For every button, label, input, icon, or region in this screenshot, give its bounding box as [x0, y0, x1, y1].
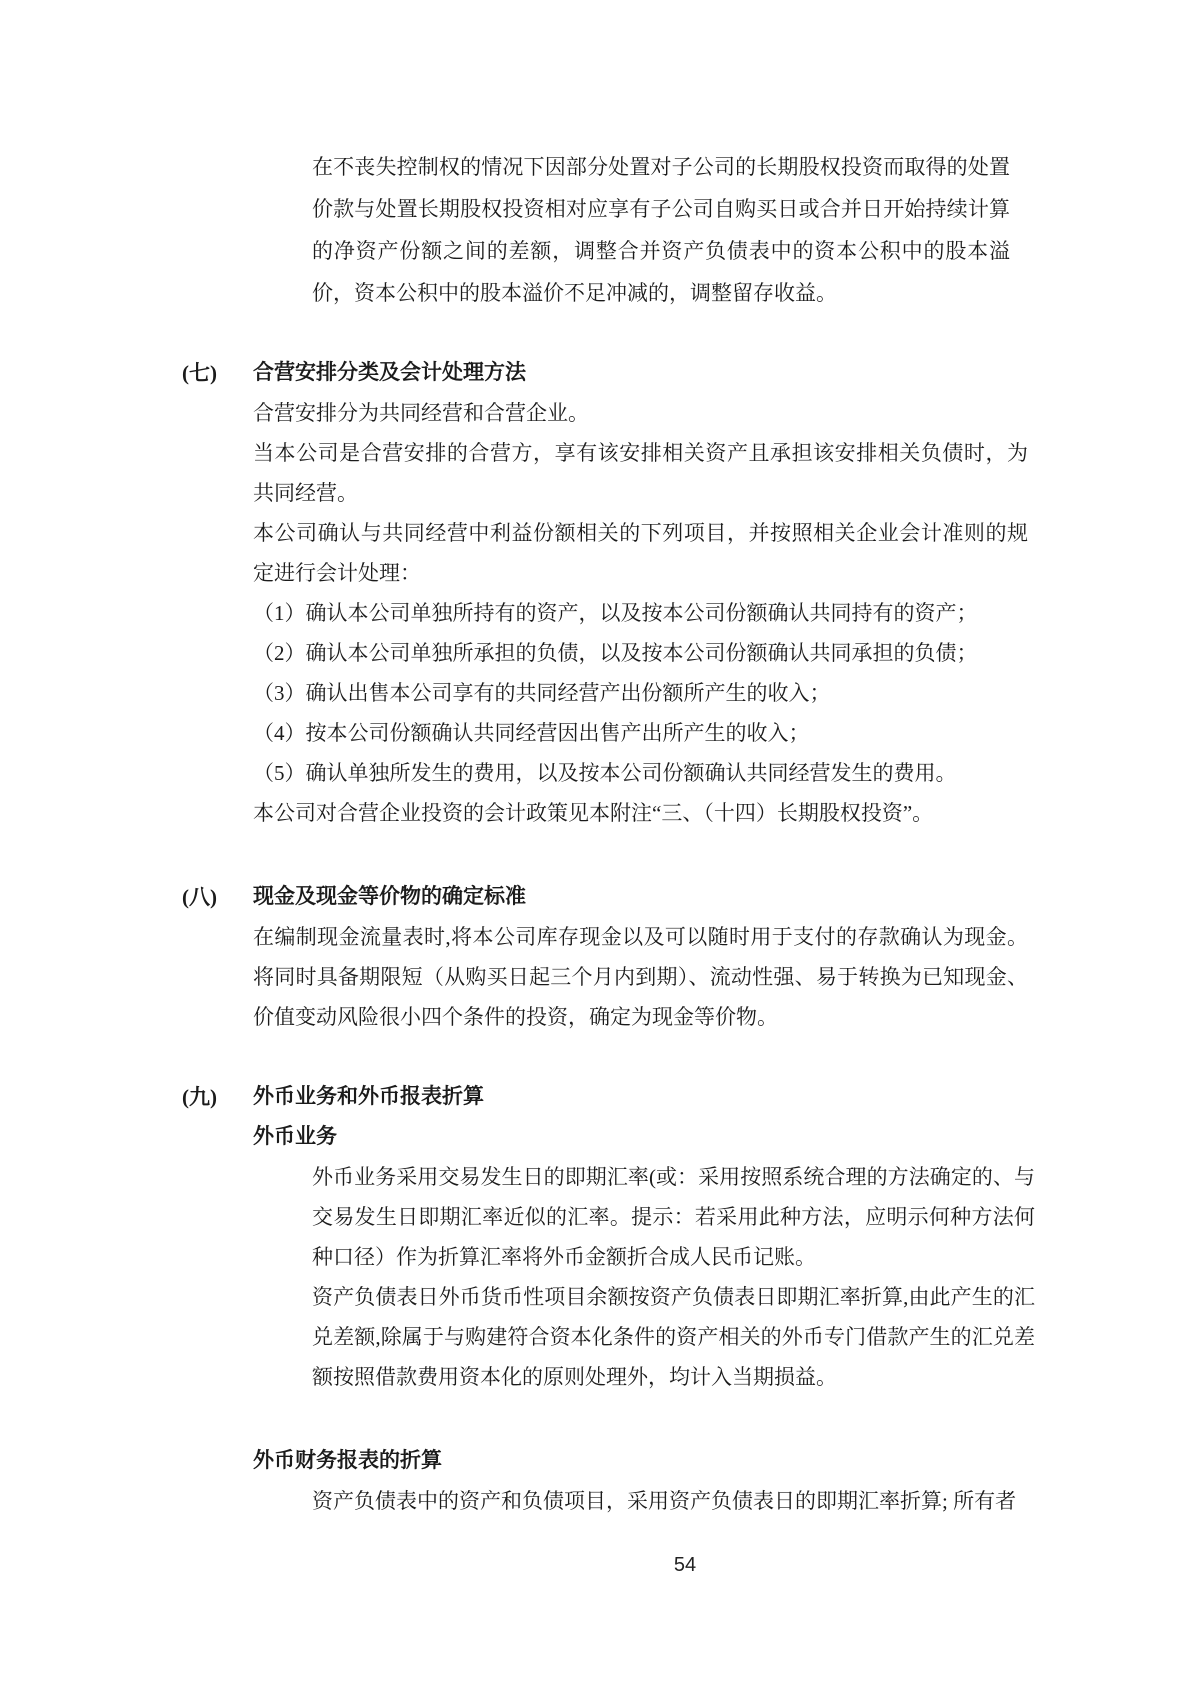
page-number: 54 — [0, 1552, 1200, 1578]
list-item: （1）确认本公司单独所持有的资产，以及按本公司份额确认共同持有的资产； — [253, 593, 1028, 633]
paragraph: 资产负债表日外币货币性项目余额按资产负债表日即期汇率折算,由此产生的汇兑差额,除… — [312, 1277, 1035, 1397]
section-8-title: 现金及现金等价物的确定标准 — [253, 877, 1028, 917]
intro-paragraph: 在不丧失控制权的情况下因部分处置对子公司的长期股权投资而取得的处置价款与处置长期… — [312, 146, 1010, 314]
list-item: （5）确认单独所发生的费用，以及按本公司份额确认共同经营发生的费用。 — [253, 753, 1028, 793]
section-7-number: (七) — [182, 353, 217, 393]
paragraph: 当本公司是合营安排的合营方，享有该安排相关资产且承担该安排相关负债时，为共同经营… — [253, 433, 1028, 513]
paragraph: 外币业务采用交易发生日的即期汇率(或：采用按照系统合理的方法确定的、与交易发生日… — [312, 1157, 1035, 1277]
document-page: 在不丧失控制权的情况下因部分处置对子公司的长期股权投资而取得的处置价款与处置长期… — [0, 0, 1200, 1696]
paragraph: 合营安排分为共同经营和合营企业。 — [253, 393, 1028, 433]
paragraph: 本公司对合营企业投资的会计政策见本附注“三、（十四）长期股权投资”。 — [253, 793, 1028, 833]
paragraph: 资产负债表中的资产和负债项目，采用资产负债表日的即期汇率折算; 所有者 — [312, 1481, 1035, 1521]
list-item: （3）确认出售本公司享有的共同经营产出份额所产生的收入； — [253, 673, 1028, 713]
subsection-fx-statement-translation-title: 外币财务报表的折算 — [253, 1441, 1028, 1481]
subsection-foreign-currency-business-title: 外币业务 — [253, 1117, 1028, 1157]
list-item: （4）按本公司份额确认共同经营因出售产出所产生的收入； — [253, 713, 1028, 753]
section-9-number: (九) — [182, 1077, 217, 1117]
paragraph: 本公司确认与共同经营中利益份额相关的下列项目，并按照相关企业会计准则的规定进行会… — [253, 513, 1028, 593]
section-7-title: 合营安排分类及会计处理方法 — [253, 353, 1028, 393]
paragraph: 在编制现金流量表时,将本公司库存现金以及可以随时用于支付的存款确认为现金。将同时… — [253, 917, 1028, 1037]
section-8-number: (八) — [182, 877, 217, 917]
section-9-title: 外币业务和外币报表折算 — [253, 1077, 1028, 1117]
list-item: （2）确认本公司单独所承担的负债，以及按本公司份额确认共同承担的负债； — [253, 633, 1028, 673]
section-9: (九) 外币业务和外币报表折算 外币业务 外币业务采用交易发生日的即期汇率(或：… — [0, 1077, 1200, 1521]
section-7: (七) 合营安排分类及会计处理方法 合营安排分为共同经营和合营企业。 当本公司是… — [0, 353, 1200, 833]
section-8: (八) 现金及现金等价物的确定标准 在编制现金流量表时,将本公司库存现金以及可以… — [0, 877, 1200, 1037]
